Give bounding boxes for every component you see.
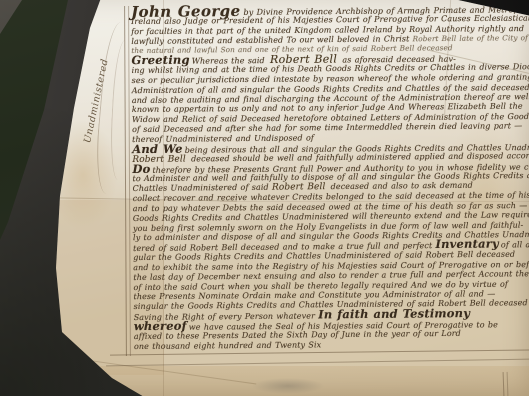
manuscript-text-block: John Georgeby Divine Providence Archbish… — [131, 4, 529, 359]
manuscript-text-segment: Robert Bell — [132, 154, 188, 165]
manuscript-text-segment: John George — [131, 2, 244, 21]
manuscript-text-segment: Chattles Unadministered of said — [133, 183, 272, 193]
bottom-right-ruled-line — [503, 372, 509, 396]
manuscript-text-segment: deceased and also to ask demand — [327, 181, 472, 191]
manuscript-text-segment: Robert Bell late of the City of Cork Cle… — [413, 32, 529, 43]
manuscript-text-segment: of all and sin- — [501, 240, 529, 250]
photo-viewport: Unadministered John Georgeby Divine Prov… — [0, 0, 529, 396]
manuscript-text-segment: affixed to these Presents Dated the Sixt… — [134, 329, 461, 341]
manuscript-text-segment: Robert Bell — [272, 182, 328, 193]
manuscript-text-segment: one thousand eight hundred and Twenty Si… — [134, 340, 321, 351]
manuscript-text-segment: Inventary — [435, 237, 501, 252]
faint-stamp-mark — [252, 378, 324, 394]
